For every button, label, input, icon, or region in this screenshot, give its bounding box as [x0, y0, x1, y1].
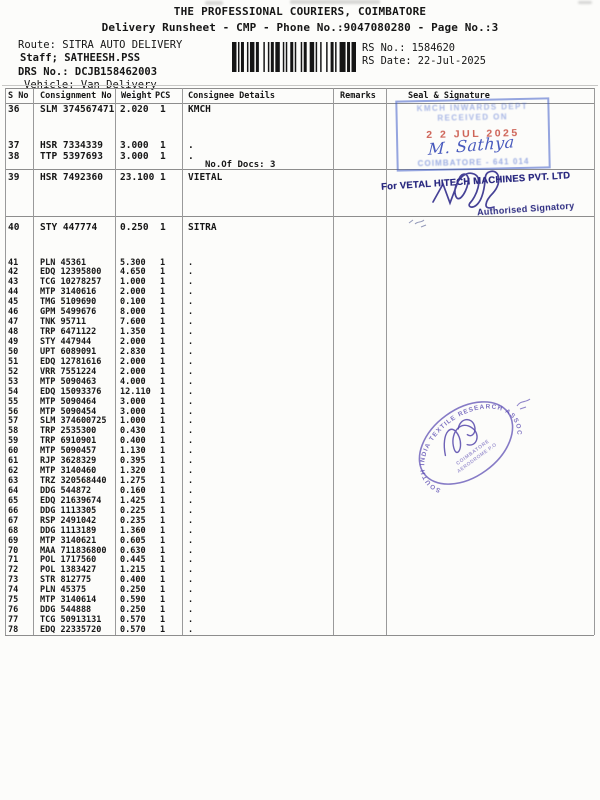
cell-weight: 1.320: [120, 466, 146, 476]
cell-sno: 50: [8, 347, 18, 357]
cell-consignee: .: [188, 297, 193, 307]
cell-sno: 46: [8, 307, 18, 317]
cell-weight: 2.000: [120, 337, 146, 347]
cell-consignment: MTP 3140621: [40, 536, 96, 546]
cell-sno: 43: [8, 277, 18, 287]
cell-sno: 57: [8, 416, 18, 426]
cell-weight: 0.235: [120, 516, 146, 526]
cell-weight: 4.000: [120, 377, 146, 387]
col-header-sno: S No: [8, 91, 28, 101]
cell-pcs: 1: [160, 287, 165, 297]
cell-weight: 1.130: [120, 446, 146, 456]
col-header-remarks: Remarks: [340, 91, 376, 101]
table-section-line: [5, 216, 594, 217]
cell-sno: 59: [8, 436, 18, 446]
cell-consignee: .: [188, 416, 193, 426]
cell-pcs: 1: [160, 565, 165, 575]
cell-sno: 51: [8, 357, 18, 367]
cell-consignment: UPT 6089091: [40, 347, 96, 357]
cell-pcs: 1: [160, 258, 165, 268]
cell-consignment: PLN 45375: [40, 585, 86, 595]
cell-pcs: 1: [160, 476, 165, 486]
cell-consignee: .: [188, 496, 193, 506]
cell-pcs: 1: [160, 536, 165, 546]
cell-consignee: .: [188, 506, 193, 516]
cell-sno: 54: [8, 387, 18, 397]
cell-consignment: DDG 544872: [40, 486, 91, 496]
cell-pcs: 1: [160, 516, 165, 526]
cell-consignment: MTP 3140616: [40, 287, 96, 297]
cell-weight: 0.250: [120, 222, 149, 233]
cell-consignment: HSR 7492360: [40, 172, 103, 183]
cell-consignment: HSR 7334339: [40, 140, 103, 151]
table-outer-top-line: [2, 85, 598, 86]
cell-consignee: .: [188, 446, 193, 456]
cell-sno: 62: [8, 466, 18, 476]
cell-sno: 37: [8, 140, 19, 151]
table-row: 40STY 4477740.2501SITRA: [0, 222, 600, 233]
cell-consignment: STY 447774: [40, 222, 97, 233]
scan-artifact: [578, 1, 592, 4]
cell-consignee: .: [188, 307, 193, 317]
cell-weight: 0.630: [120, 546, 146, 556]
docs-note: No.Of Docs: 3: [205, 160, 275, 170]
cell-consignment: POL 1383427: [40, 565, 96, 575]
cell-consignee: .: [188, 565, 193, 575]
pen-mark: [516, 398, 534, 410]
cell-sno: 40: [8, 222, 19, 233]
cell-weight: 0.430: [120, 426, 146, 436]
col-header-consignment: Consignment No: [40, 91, 112, 101]
cell-sno: 61: [8, 456, 18, 466]
cell-pcs: 1: [160, 526, 165, 536]
cell-pcs: 1: [160, 277, 165, 287]
cell-pcs: 1: [160, 397, 165, 407]
cell-weight: 4.650: [120, 267, 146, 277]
cell-consignment: EDQ 21639674: [40, 496, 101, 506]
cell-sno: 41: [8, 258, 18, 268]
cell-pcs: 1: [160, 151, 166, 162]
cell-weight: 0.590: [120, 595, 146, 605]
cell-consignee: .: [188, 387, 193, 397]
cell-weight: 0.395: [120, 456, 146, 466]
cell-weight: 8.000: [120, 307, 146, 317]
cell-weight: 23.100: [120, 172, 154, 183]
cell-consignee: .: [188, 140, 194, 151]
cell-pcs: 1: [160, 595, 165, 605]
cell-weight: 0.225: [120, 506, 146, 516]
cell-pcs: 1: [160, 546, 165, 556]
cell-consignee: .: [188, 377, 193, 387]
cell-sno: 42: [8, 267, 18, 277]
cell-pcs: 1: [160, 222, 166, 233]
cell-pcs: 1: [160, 357, 165, 367]
cell-pcs: 1: [160, 555, 165, 565]
cell-consignee: KMCH: [188, 104, 211, 115]
cell-sno: 67: [8, 516, 18, 526]
cell-weight: 1.425: [120, 496, 146, 506]
scan-artifact: [290, 0, 380, 4]
cell-consignment: EDQ 22335720: [40, 625, 101, 635]
col-header-weight: Weight: [121, 91, 152, 101]
cell-sno: 38: [8, 151, 19, 162]
cell-weight: 0.100: [120, 297, 146, 307]
cell-consignment: DDG 544888: [40, 605, 91, 615]
cell-sno: 65: [8, 496, 18, 506]
staff-line: Staff; SATHEESH.PSS: [20, 52, 140, 64]
cell-weight: 0.400: [120, 436, 146, 446]
delivery-runsheet-page: THE PROFESSIONAL COURIERS, COIMBATORE De…: [0, 0, 600, 800]
cell-consignee: .: [188, 267, 193, 277]
cell-consignment: TCG 10278257: [40, 277, 101, 287]
cell-pcs: 1: [160, 297, 165, 307]
cell-pcs: 1: [160, 605, 165, 615]
cell-pcs: 1: [160, 466, 165, 476]
cell-consignment: TRZ 320568440: [40, 476, 107, 486]
cell-consignment: MTP 3140614: [40, 595, 96, 605]
cell-consignment: TMG 5109690: [40, 297, 96, 307]
cell-consignee: .: [188, 555, 193, 565]
cell-weight: 0.605: [120, 536, 146, 546]
cell-consignee: .: [188, 526, 193, 536]
cell-consignee: .: [188, 397, 193, 407]
cell-consignee: .: [188, 516, 193, 526]
cell-weight: 5.300: [120, 258, 146, 268]
cell-sno: 69: [8, 536, 18, 546]
cell-pcs: 1: [160, 456, 165, 466]
cell-consignment: DDG 1113305: [40, 506, 96, 516]
cell-sno: 77: [8, 615, 18, 625]
cell-consignee: .: [188, 367, 193, 377]
cell-consignee: .: [188, 347, 193, 357]
cell-consignment: POL 1717560: [40, 555, 96, 565]
cell-consignee: .: [188, 317, 193, 327]
page-subtitle: Delivery Runsheet - CMP - Phone No.:9047…: [0, 21, 600, 34]
cell-weight: 0.160: [120, 486, 146, 496]
cell-consignee: .: [188, 605, 193, 615]
cell-sno: 72: [8, 565, 18, 575]
cell-weight: 7.600: [120, 317, 146, 327]
cell-pcs: 1: [160, 426, 165, 436]
cell-consignee: .: [188, 536, 193, 546]
cell-weight: 3.000: [120, 407, 146, 417]
rs-date-line: RS Date: 22-Jul-2025: [362, 55, 486, 67]
cell-consignee: .: [188, 615, 193, 625]
cell-sno: 70: [8, 546, 18, 556]
cell-weight: 2.020: [120, 104, 149, 115]
cell-consignment: TTP 5397693: [40, 151, 103, 162]
cell-sno: 48: [8, 327, 18, 337]
cell-consignee: .: [188, 151, 194, 162]
cell-consignment: SLM 374567471: [40, 104, 114, 115]
cell-sno: 39: [8, 172, 19, 183]
cell-sno: 68: [8, 526, 18, 536]
cell-weight: 1.275: [120, 476, 146, 486]
cell-weight: 0.250: [120, 605, 146, 615]
pen-scribble: [408, 218, 430, 230]
cell-consignment: TRP 6910901: [40, 436, 96, 446]
cell-consignment: TRP 2535300: [40, 426, 96, 436]
cell-consignee: .: [188, 476, 193, 486]
cell-weight: 0.445: [120, 555, 146, 565]
cell-consignment: SLM 374600725: [40, 416, 107, 426]
cell-consignment: VRR 7551224: [40, 367, 96, 377]
cell-consignee: .: [188, 426, 193, 436]
cell-sno: 76: [8, 605, 18, 615]
cell-sno: 60: [8, 446, 18, 456]
kmch-received-stamp: KMCH INWARDS DEPT RECEIVED ON 2 2 JUL 20…: [395, 97, 550, 171]
cell-consignee: .: [188, 287, 193, 297]
cell-consignment: EDQ 12781616: [40, 357, 101, 367]
cell-pcs: 1: [160, 140, 166, 151]
cell-consignment: DDG 1113189: [40, 526, 96, 536]
cell-sno: 58: [8, 426, 18, 436]
cell-consignment: PLN 45361: [40, 258, 86, 268]
cell-consignee: .: [188, 277, 193, 287]
cell-consignee: .: [188, 585, 193, 595]
cell-consignment: TCG 50913131: [40, 615, 101, 625]
col-header-pcs: PCS: [155, 91, 170, 101]
cell-pcs: 1: [160, 327, 165, 337]
cell-pcs: 1: [160, 172, 166, 183]
cell-consignment: RSP 2491042: [40, 516, 96, 526]
cell-consignment: MTP 5090463: [40, 377, 96, 387]
cell-pcs: 1: [160, 104, 166, 115]
cell-consignment: MAA 711836800: [40, 546, 107, 556]
cell-weight: 12.110: [120, 387, 151, 397]
cell-consignment: RJP 3628329: [40, 456, 96, 466]
cell-consignment: MTP 5090464: [40, 397, 96, 407]
cell-weight: 3.000: [120, 151, 149, 162]
cell-sno: 75: [8, 595, 18, 605]
cell-sno: 64: [8, 486, 18, 496]
cell-consignee: .: [188, 327, 193, 337]
barcode: [232, 42, 356, 72]
cell-pcs: 1: [160, 585, 165, 595]
cell-consignee: SITRA: [188, 222, 217, 233]
table-top-border: [5, 88, 594, 89]
drs-no-line: DRS No.: DCJB158462003: [18, 66, 157, 78]
col-header-consignee: Consignee Details: [188, 91, 275, 101]
cell-consignment: MTP 5090457: [40, 446, 96, 456]
cell-consignee: .: [188, 595, 193, 605]
cell-sno: 49: [8, 337, 18, 347]
cell-pcs: 1: [160, 377, 165, 387]
cell-weight: 0.570: [120, 615, 146, 625]
cell-sno: 63: [8, 476, 18, 486]
cell-consignee: .: [188, 357, 193, 367]
cell-pcs: 1: [160, 486, 165, 496]
cell-consignment: MTP 3140460: [40, 466, 96, 476]
cell-sno: 52: [8, 367, 18, 377]
cell-consignee: .: [188, 337, 193, 347]
cell-consignee: .: [188, 436, 193, 446]
cell-weight: 2.000: [120, 357, 146, 367]
page-title: THE PROFESSIONAL COURIERS, COIMBATORE: [0, 5, 600, 18]
cell-sno: 44: [8, 287, 18, 297]
cell-pcs: 1: [160, 337, 165, 347]
cell-pcs: 1: [160, 446, 165, 456]
cell-weight: 1.000: [120, 277, 146, 287]
cell-weight: 2.830: [120, 347, 146, 357]
cell-sno: 56: [8, 407, 18, 417]
cell-pcs: 1: [160, 506, 165, 516]
cell-weight: 2.000: [120, 287, 146, 297]
cell-pcs: 1: [160, 416, 165, 426]
cell-pcs: 1: [160, 496, 165, 506]
cell-consignee: .: [188, 456, 193, 466]
cell-consignee: .: [188, 258, 193, 268]
rs-no-line: RS No.: 1584620: [362, 42, 455, 54]
cell-sno: 45: [8, 297, 18, 307]
stamp-received-line: RECEIVED ON: [398, 111, 548, 123]
cell-weight: 1.000: [120, 416, 146, 426]
cell-sno: 66: [8, 506, 18, 516]
cell-sno: 71: [8, 555, 18, 565]
cell-sno: 55: [8, 397, 18, 407]
cell-pcs: 1: [160, 367, 165, 377]
cell-consignee: .: [188, 407, 193, 417]
cell-consignee: .: [188, 466, 193, 476]
cell-pcs: 1: [160, 307, 165, 317]
cell-pcs: 1: [160, 267, 165, 277]
cell-pcs: 1: [160, 317, 165, 327]
cell-consignment: STY 447944: [40, 337, 91, 347]
cell-weight: 0.570: [120, 625, 146, 635]
cell-sno: 47: [8, 317, 18, 327]
cell-consignment: GPM 5499676: [40, 307, 96, 317]
cell-consignment: TRP 6471122: [40, 327, 96, 337]
cell-consignment: EDQ 12395800: [40, 267, 101, 277]
cell-pcs: 1: [160, 436, 165, 446]
cell-sno: 36: [8, 104, 19, 115]
cell-pcs: 1: [160, 625, 165, 635]
table-row: 78EDQ 223357200.5701.: [0, 625, 600, 636]
cell-consignee: .: [188, 546, 193, 556]
cell-weight: 1.350: [120, 327, 146, 337]
cell-sno: 74: [8, 585, 18, 595]
cell-sno: 73: [8, 575, 18, 585]
cell-weight: 3.000: [120, 397, 146, 407]
route-line: Route: SITRA AUTO DELIVERY: [18, 39, 182, 51]
cell-consignee: .: [188, 575, 193, 585]
cell-consignee: .: [188, 486, 193, 496]
cell-sno: 53: [8, 377, 18, 387]
cell-weight: 1.360: [120, 526, 146, 536]
cell-weight: 0.250: [120, 585, 146, 595]
cell-consignment: MTP 5090454: [40, 407, 96, 417]
cell-pcs: 1: [160, 407, 165, 417]
cell-weight: 2.000: [120, 367, 146, 377]
cell-consignee: .: [188, 625, 193, 635]
cell-weight: 1.215: [120, 565, 146, 575]
cell-consignment: STR 812775: [40, 575, 91, 585]
cell-pcs: 1: [160, 347, 165, 357]
cell-sno: 78: [8, 625, 18, 635]
cell-consignment: EDQ 15093376: [40, 387, 101, 397]
cell-weight: 0.400: [120, 575, 146, 585]
cell-consignee: VIETAL: [188, 172, 222, 183]
cell-pcs: 1: [160, 575, 165, 585]
cell-weight: 3.000: [120, 140, 149, 151]
cell-pcs: 1: [160, 387, 165, 397]
cell-consignment: TNK 95711: [40, 317, 86, 327]
cell-pcs: 1: [160, 615, 165, 625]
